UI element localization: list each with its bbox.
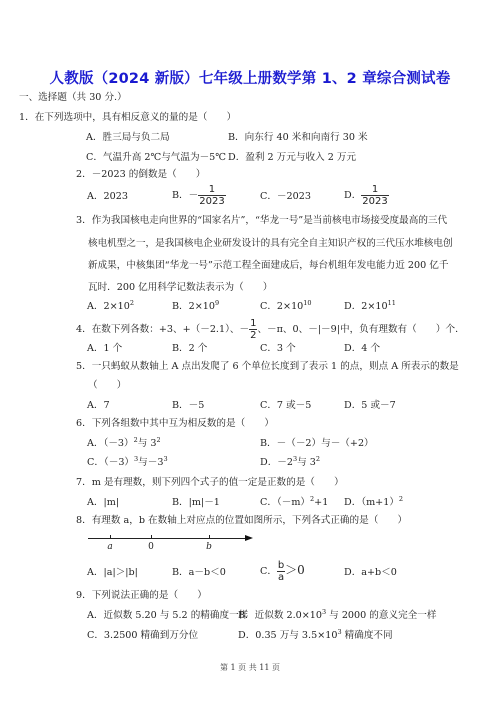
question-3-stem-line-1: 3．作为我国核电走向世界的“国家名片”，“华龙一号”是当前核电市场接受度最高的三…: [76, 214, 447, 228]
q7-option-a: A．|m|: [87, 496, 119, 510]
q3-option-b: B．2×109: [172, 300, 219, 314]
arrow-right-icon: [245, 535, 253, 541]
q8-option-b: B．a－b＜0: [172, 566, 226, 580]
q5-option-a: A．7: [87, 399, 110, 413]
question-5-stem-line-2: （ ）: [88, 379, 126, 393]
question-6-stem: 6．下列各组数中其中互为相反数的是（ ）: [76, 417, 274, 431]
q5-option-b: B．－5: [172, 399, 204, 413]
q1-option-d: D．盈利 2 万元与收入 2 万元: [228, 151, 356, 165]
q5-option-d: D．5 或－7: [344, 399, 396, 413]
question-1-stem: 1．在下列选项中，具有相反意义的量的是（ ）: [19, 111, 236, 125]
label-b: b: [206, 542, 212, 552]
number-line-figure: a 0 b: [88, 538, 253, 540]
page-title: 人教版（2024 新版）七年级上册数学第 1、2 章综合测试卷: [0, 67, 500, 88]
label-zero: 0: [148, 542, 154, 552]
tick-b: [209, 535, 210, 539]
question-8-stem: 8．有理数 a，b 在数轴上对应点的位置如图所示，下列各式正确的是（ ）: [76, 514, 407, 528]
q9-option-d: D．0.35 万与 3.5×103 精确度不同: [238, 629, 393, 643]
fraction: 12023: [361, 184, 388, 207]
q3-option-c: C．2×1010: [260, 300, 312, 314]
q4-option-a: A．1 个: [87, 342, 122, 356]
question-3-stem-line-2: 核电机型之一，是我国核电企业研发设计的具有完全自主知识产权的三代压水堆核电创: [88, 237, 453, 251]
q8-option-a: A．|a|＞|b|: [87, 566, 138, 580]
tick-zero: [151, 535, 152, 539]
q2-option-c: C．－2023: [260, 190, 311, 204]
question-2-stem: 2．－2023 的倒数是（ ）: [76, 168, 206, 182]
number-line-axis: [88, 538, 246, 539]
q1-option-b: B．向东行 40 米和向南行 30 米: [228, 131, 368, 145]
q2-option-d: D．12023: [344, 184, 389, 207]
q2-option-b-label: B．: [172, 190, 189, 201]
fraction: ba: [277, 560, 285, 583]
question-3-stem-line-4: 瓦时．200 亿用科学记数法表示为（ ）: [88, 281, 272, 295]
question-9-stem: 9．下列说法正确的是（ ）: [76, 589, 207, 603]
label-a: a: [107, 542, 112, 552]
q6-option-a: A．（－3）2与 32: [87, 437, 161, 451]
q6-option-c: C．（－3）3与－33: [87, 456, 168, 470]
q4-option-c: C．3 个: [260, 342, 296, 356]
q2-option-a: A．2023: [87, 190, 128, 204]
question-7-stem: 7．m 是有理数，则下列四个式子的值一定是正数的是（ ）: [76, 476, 344, 490]
q9-option-a: A．近似数 5.20 与 5.2 的精确度一样: [87, 609, 248, 623]
q1-option-a: A．胜三局与负二局: [86, 131, 170, 145]
fraction: 12023: [198, 184, 225, 207]
q4-option-d: D．4 个: [344, 342, 380, 356]
q9-option-c: C．3.2500 精确到万分位: [87, 629, 198, 643]
q1-option-c: C．气温升高 2℃与气温为－5℃: [86, 151, 226, 165]
q3-option-d: D．2×1011: [344, 300, 396, 314]
section-heading: 一、选择题（共 30 分.）: [19, 91, 127, 105]
q4-option-b: B．2 个: [172, 342, 207, 356]
q7-option-d: D．（m+1）2: [344, 496, 403, 510]
q6-option-d: D．－23与 32: [260, 456, 320, 470]
q8-option-c: C．ba＞0: [260, 560, 305, 583]
q7-option-b: B．|m|－1: [172, 496, 220, 510]
q3-option-a: A．2×102: [87, 300, 134, 314]
q9-option-b: B．近似数 2.0×103 与 2000 的意义完全一样: [238, 609, 436, 623]
q6-option-b: B．－（－2）与－（+2）: [260, 437, 374, 451]
question-5-stem-line-1: 5．一只蚂蚁从数轴上 A 点出发爬了 6 个单位长度到了表示 1 的点，则点 A…: [76, 360, 459, 374]
tick-a: [110, 535, 111, 539]
q2-option-b: B．－12023: [172, 184, 226, 207]
q5-option-c: C．7 或－5: [260, 399, 311, 413]
question-3-stem-line-3: 新成果，中核集团“华龙一号”示范工程全面建成后，每台机组年发电能力近 200 亿…: [88, 259, 448, 273]
question-4-stem: 4．在数下列各数：+3、+（－2.1）、－12、－π、0、－|－9|中，负有理数…: [76, 318, 465, 341]
q8-option-d: D．a+b＜0: [344, 566, 397, 580]
q7-option-c: C．（－m）2+1: [260, 496, 328, 510]
page-footer: 第 1 页 共 11 页: [0, 662, 500, 673]
